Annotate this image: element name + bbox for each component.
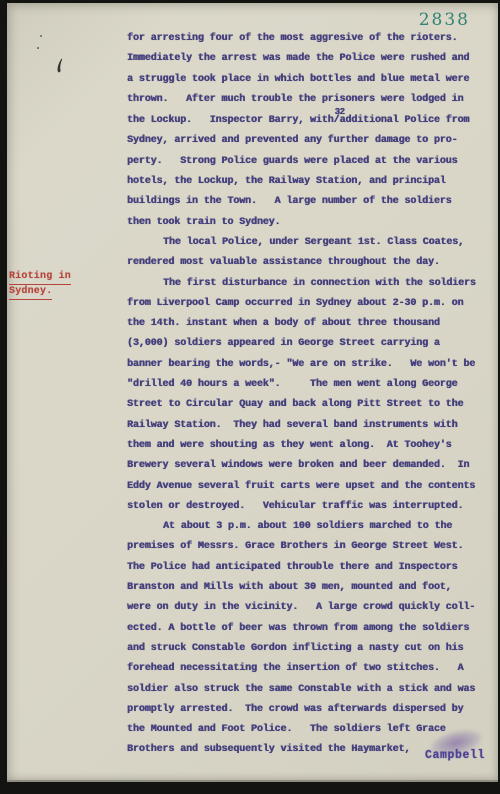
text-line: for arresting four of the most aggresive… bbox=[127, 29, 497, 49]
text-line: the 14th. instant when a body of about t… bbox=[127, 314, 497, 334]
margin-annotation-line: Sydney. bbox=[9, 285, 52, 300]
text-line: At about 3 p.m. about 100 soldiers march… bbox=[127, 517, 497, 537]
text-line: and struck Constable Gordon inflicting a… bbox=[127, 639, 497, 659]
text-line: (3,000) soldiers appeared in George Stre… bbox=[127, 334, 497, 354]
text-line: forehead necessitating the insertion of … bbox=[127, 659, 497, 679]
text-line: "drilled 40 hours a week". The men went … bbox=[127, 375, 497, 395]
text-line: soldier also struck the same Constable w… bbox=[127, 680, 497, 700]
text-line: a struggle took place in which bottles a… bbox=[127, 70, 497, 90]
text-line: rendered most valuable assistance throug… bbox=[127, 253, 497, 273]
scanned-document-background: 2838 Rioting in Sydney. for arresting fo… bbox=[0, 0, 500, 794]
margin-annotation-line: Rioting in bbox=[9, 270, 71, 285]
text-line: Branston and Mills with about 30 men, mo… bbox=[127, 578, 497, 598]
signature-campbell: Campbell bbox=[425, 749, 485, 762]
text-line: premises of Messrs. Grace Brothers in Ge… bbox=[127, 537, 497, 557]
text-line: Sydney, arrived and prevented any furthe… bbox=[127, 131, 497, 151]
text-line: banner bearing the words,- "We are on st… bbox=[127, 355, 497, 375]
ink-mark bbox=[56, 58, 64, 75]
text-line: stolen or destroyed. Vehicular traffic w… bbox=[127, 497, 497, 517]
text-line: them and were shouting as they went alon… bbox=[127, 436, 497, 456]
text-line: Street to Circular Quay and back along P… bbox=[127, 395, 497, 415]
text-line: were on duty in the vicinity. A large cr… bbox=[127, 598, 497, 618]
paper-speck bbox=[40, 35, 42, 37]
document-text: for arresting four of the most aggresive… bbox=[127, 29, 497, 761]
paper-speck bbox=[37, 47, 39, 49]
document-page: 2838 Rioting in Sydney. for arresting fo… bbox=[7, 3, 498, 780]
text-line: Brewery several windows were broken and … bbox=[127, 456, 497, 476]
text-line: hotels, the Lockup, the Railway Station,… bbox=[127, 172, 497, 192]
text-line: then took train to Sydney. bbox=[127, 213, 497, 233]
text-line: Eddy Avenue several fruit carts were ups… bbox=[127, 477, 497, 497]
text-line: thrown. After much trouble the prisoners… bbox=[127, 90, 497, 110]
text-line: promptly arrested. The crowd was afterwa… bbox=[127, 700, 497, 720]
text-line: buildings in the Town. A large number of… bbox=[127, 192, 497, 212]
text-line: the Lockup. Inspector Barry, with32/addi… bbox=[127, 110, 497, 131]
text-line: Railway Station. They had several band i… bbox=[127, 416, 497, 436]
text-line: The Police had anticipated throuble ther… bbox=[127, 558, 497, 578]
text-line: ected. A bottle of beer was thrown from … bbox=[127, 619, 497, 639]
page-number: 2838 bbox=[419, 10, 470, 30]
text-line: from Liverpool Camp occurred in Sydney a… bbox=[127, 294, 497, 314]
text-line: perty. Strong Police guards were placed … bbox=[127, 152, 497, 172]
margin-annotation: Rioting in Sydney. bbox=[9, 270, 71, 300]
text-line: The first disturbance in connection with… bbox=[127, 274, 497, 294]
text-line: Immediately the arrest was made the Poli… bbox=[127, 49, 497, 69]
text-line: The local Police, under Sergeant 1st. Cl… bbox=[127, 233, 497, 253]
